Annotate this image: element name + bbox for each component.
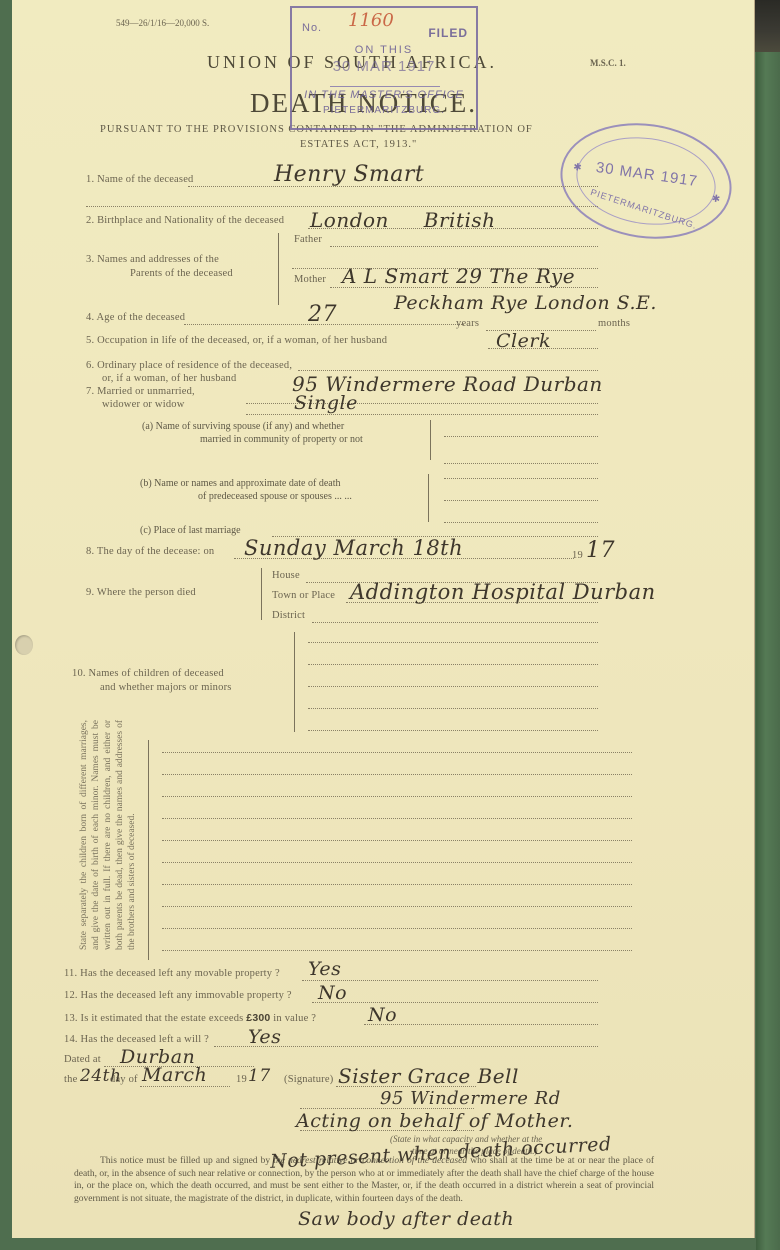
signer-address-value[interactable]: 95 Windermere Rd — [380, 1088, 561, 1109]
stamp-no-label: No. — [302, 22, 322, 34]
q12-line — [312, 1002, 598, 1003]
house-label: House — [272, 570, 300, 581]
the-label: the — [64, 1074, 77, 1085]
q13-label-pre: 13. Is it estimated that the estate exce… — [64, 1013, 243, 1024]
mother-label: Mother — [294, 274, 326, 285]
stamp-rule — [330, 86, 440, 87]
q13-line — [364, 1024, 598, 1025]
children-line-1 — [162, 752, 632, 753]
month-value[interactable]: March — [142, 1064, 207, 1086]
q7c-label: (c) Place of last marriage — [140, 525, 241, 536]
q7-label-2: widower or widow — [102, 399, 185, 410]
q9-brace — [261, 568, 262, 620]
footer-instructions: This notice must be filled up and signed… — [74, 1155, 654, 1205]
q10-line-3 — [308, 686, 598, 687]
signature-label: (Signature) — [284, 1074, 333, 1085]
town-value[interactable]: Addington Hospital Durban — [350, 580, 656, 604]
q13-value[interactable]: No — [368, 1004, 397, 1026]
children-line-3 — [162, 796, 632, 797]
q13-label-post: in value ? — [273, 1013, 316, 1024]
q14-label: 14. Has the deceased left a will ? — [64, 1034, 209, 1045]
q10-label-2: and whether majors or minors — [100, 682, 232, 693]
q3-label-1: 3. Names and addresses of the — [86, 254, 219, 265]
q4-label: 4. Age of the deceased — [86, 312, 185, 323]
children-line-8 — [162, 906, 632, 907]
q7a-line-1 — [444, 436, 598, 437]
q7a-line-2 — [444, 463, 598, 464]
capacity-value[interactable]: Acting on behalf of Mother. — [296, 1110, 573, 1132]
q1-line-2 — [86, 206, 598, 207]
children-line-6 — [162, 862, 632, 863]
form-code: M.S.C. 1. — [590, 58, 626, 68]
stamp-on-this: ON THIS — [292, 44, 476, 56]
day-of-label: day of — [110, 1074, 138, 1085]
stamp-date: 30 MAR 1917 — [292, 58, 476, 75]
q3-brace — [278, 233, 279, 305]
filed-stamp: No. 1160 FILED ON THIS 30 MAR 1917 IN TH… — [290, 6, 478, 130]
children-line-2 — [162, 774, 632, 775]
q5-label: 5. Occupation in life of the deceased, o… — [86, 335, 387, 346]
q11-label: 11. Has the deceased left any movable pr… — [64, 968, 280, 979]
q7a-label-2: married in community of property or not — [200, 434, 363, 445]
subtitle-line-2: ESTATES ACT, 1913." — [300, 139, 417, 150]
mother-value-line-1[interactable]: A L Smart 29 The Rye — [342, 264, 575, 288]
father-label: Father — [294, 234, 322, 245]
year-prefix: 19 — [236, 1074, 247, 1085]
district-label: District — [272, 610, 305, 621]
q10-brace — [294, 632, 295, 732]
stamp-office: IN THE MASTER'S OFFICE — [292, 89, 476, 101]
footer-note-pre: This notice must be filled up and signed… — [74, 1156, 273, 1166]
children-brace — [148, 740, 149, 960]
district-line — [312, 622, 598, 623]
q7-line-2 — [246, 414, 598, 415]
children-line-4 — [162, 818, 632, 819]
q7a-label-1: (a) Name of surviving spouse (if any) an… — [142, 421, 344, 432]
q12-label: 12. Has the deceased left any immovable … — [64, 990, 292, 1001]
children-line-7 — [162, 884, 632, 885]
years-label: years — [456, 318, 479, 329]
stamp-file-number: 1160 — [348, 10, 394, 31]
q7b-label-1: (b) Name or names and approximate date o… — [140, 478, 340, 489]
children-line-9 — [162, 928, 632, 929]
q4-age-value[interactable]: 27 — [308, 302, 337, 327]
q3-label-2: Parents of the deceased — [130, 268, 233, 279]
stamp-filed-label: FILED — [428, 26, 468, 40]
q2-label: 2. Birthplace and Nationality of the dec… — [86, 215, 284, 226]
q6-label-1: 6. Ordinary place of residence of the de… — [86, 360, 292, 371]
q10-line-1 — [308, 642, 598, 643]
q8-year-prefix: 19 — [572, 550, 583, 561]
signature-value[interactable]: Sister Grace Bell — [338, 1064, 519, 1088]
q8-year-value[interactable]: 17 — [586, 538, 615, 563]
q7b-line-2 — [444, 500, 598, 501]
q10-line-2 — [308, 664, 598, 665]
star-icon: ✱ — [711, 193, 721, 205]
father-line — [330, 246, 598, 247]
q2-value[interactable]: London British — [310, 208, 496, 232]
q10-label-1: 10. Names of children of deceased — [72, 668, 224, 679]
q12-value[interactable]: No — [318, 982, 347, 1004]
months-label: months — [598, 318, 630, 329]
q7b-line-1 — [444, 478, 598, 479]
dated-at-label: Dated at — [64, 1054, 101, 1065]
stamp-city: PIETERMARITZBURG. — [292, 105, 476, 116]
children-line-5 — [162, 840, 632, 841]
town-label: Town or Place — [272, 590, 335, 601]
background-binder-edge — [756, 40, 780, 1250]
q7b-label-2: of predeceased spouse or spouses ... ... — [198, 491, 352, 502]
q11-line — [302, 980, 598, 981]
extra-note-value[interactable]: Saw body after death — [298, 1208, 514, 1230]
q13-label: 13. Is it estimated that the estate exce… — [64, 1012, 316, 1024]
footer-note-italic: the nearest relative or connection of th… — [273, 1156, 467, 1166]
death-notice-document: 549—26/1/16—20,000 S. M.S.C. 1. UNION OF… — [12, 0, 754, 1238]
q9-label: 9. Where the person died — [86, 587, 196, 598]
month-line — [140, 1086, 230, 1087]
q1-label: 1. Name of the deceased — [86, 174, 194, 185]
q6-line — [298, 370, 598, 371]
q7a-brace — [430, 420, 431, 460]
q10-line-5 — [308, 730, 598, 731]
q1-value[interactable]: Henry Smart — [274, 162, 424, 187]
q7b-line-3 — [444, 522, 598, 523]
q11-value[interactable]: Yes — [308, 958, 341, 980]
q7b-brace — [428, 474, 429, 522]
year-value[interactable]: 17 — [248, 1066, 271, 1086]
q10-line-4 — [308, 708, 598, 709]
print-code: 549—26/1/16—20,000 S. — [116, 18, 209, 28]
q6-label-2: or, if a woman, of her husband — [102, 373, 236, 384]
children-line-10 — [162, 950, 632, 951]
children-instructions-note: State separately the children born of di… — [78, 720, 138, 950]
q13-amount: £300 — [246, 1012, 270, 1024]
q14-value[interactable]: Yes — [248, 1026, 281, 1048]
q8-label: 8. The day of the decease: on — [86, 546, 214, 557]
q7-value[interactable]: Single — [294, 392, 358, 414]
mother-value-line-2[interactable]: Peckham Rye London S.E. — [394, 292, 657, 314]
punch-hole — [15, 635, 33, 655]
q7-label-1: 7. Married or unmarried, — [86, 386, 195, 397]
q8-date-value[interactable]: Sunday March 18th — [244, 536, 463, 560]
q5-value[interactable]: Clerk — [496, 330, 551, 352]
